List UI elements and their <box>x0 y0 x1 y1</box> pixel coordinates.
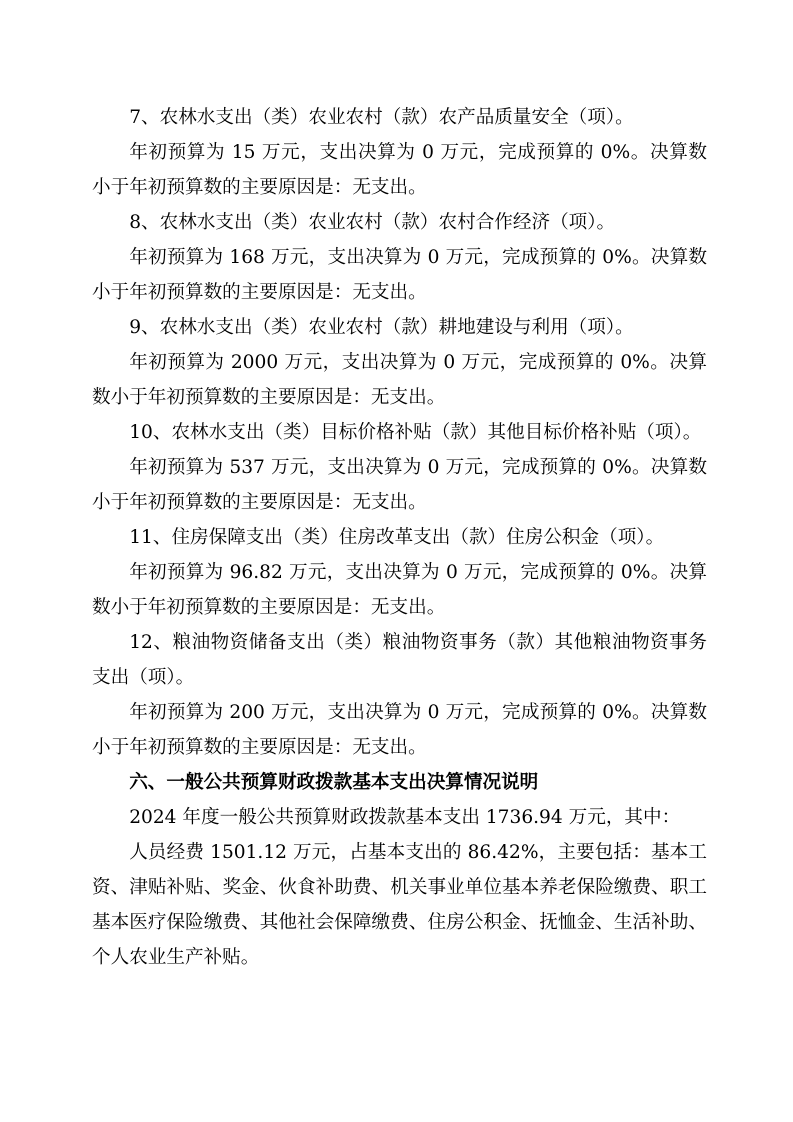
item-title-paragraph: 11、住房保障支出（类）住房改革支出（款）住房公积金（项）。 <box>92 520 707 555</box>
body-paragraph: 人员经费 1501.12 万元，占基本支出的 86.42%，主要包括：基本工资、… <box>92 835 707 975</box>
body-paragraph: 年初预算为 200 万元，支出决算为 0 万元，完成预算的 0%。决算数小于年初… <box>92 695 707 765</box>
body-paragraph: 年初预算为 15 万元，支出决算为 0 万元，完成预算的 0%。决算数小于年初预… <box>92 135 707 205</box>
body-paragraph: 年初预算为 96.82 万元，支出决算为 0 万元，完成预算的 0%。决算数小于… <box>92 555 707 625</box>
section-heading: 六、一般公共预算财政拨款基本支出决算情况说明 <box>92 765 707 800</box>
document-body: 7、农林水支出（类）农业农村（款）农产品质量安全（项）。年初预算为 15 万元，… <box>92 100 707 975</box>
item-title-paragraph: 8、农林水支出（类）农业农村（款）农村合作经济（项）。 <box>92 205 707 240</box>
body-paragraph: 年初预算为 168 万元，支出决算为 0 万元，完成预算的 0%。决算数小于年初… <box>92 240 707 310</box>
document-page: 7、农林水支出（类）农业农村（款）农产品质量安全（项）。年初预算为 15 万元，… <box>0 0 793 1122</box>
item-title-paragraph: 10、农林水支出（类）目标价格补贴（款）其他目标价格补贴（项）。 <box>92 415 707 450</box>
body-paragraph: 年初预算为 2000 万元，支出决算为 0 万元，完成预算的 0%。决算数小于年… <box>92 345 707 415</box>
item-title-paragraph: 7、农林水支出（类）农业农村（款）农产品质量安全（项）。 <box>92 100 707 135</box>
body-paragraph: 2024 年度一般公共预算财政拨款基本支出 1736.94 万元，其中： <box>92 800 707 835</box>
item-title-paragraph: 9、农林水支出（类）农业农村（款）耕地建设与利用（项）。 <box>92 310 707 345</box>
body-paragraph: 年初预算为 537 万元，支出决算为 0 万元，完成预算的 0%。决算数小于年初… <box>92 450 707 520</box>
item-title-paragraph: 12、粮油物资储备支出（类）粮油物资事务（款）其他粮油物资事务支出（项）。 <box>92 625 707 695</box>
